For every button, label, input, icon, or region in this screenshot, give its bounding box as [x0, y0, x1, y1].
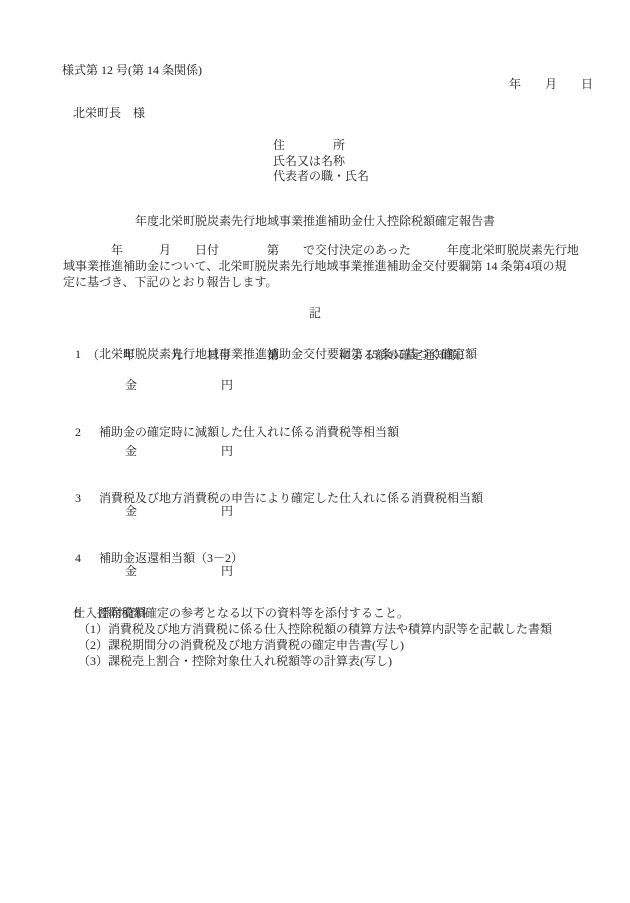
form-number: 様式第 12 号(第 14 条関係) [62, 63, 202, 78]
applicant-address-label: 住 所 [273, 138, 345, 153]
item-3-heading: 消費税及び地方消費税の申告により確定した仕入れに係る消費税相当額 [99, 491, 483, 505]
item-3-amount: 金 円 [125, 504, 233, 519]
record-marker: 記 [0, 306, 630, 321]
item-3-number: 3 [75, 491, 99, 506]
attachment-3: （3）課税売上割合・控除対象仕入れ税額等の計算表(写し) [78, 654, 392, 669]
body-line-1: 年 月 日付 第 で交付決定のあった 年度北栄町脱炭素先行地 [63, 243, 579, 258]
document-title: 年度北栄町脱炭素先行地域事業推進補助金仕入控除税額確定報告書 [0, 214, 630, 229]
applicant-name-label: 氏名又は名称 [273, 154, 345, 169]
item-2-heading: 補助金の確定時に減額した仕入れに係る消費税等相当額 [99, 425, 399, 439]
applicant-representative-label: 代表者の職・氏名 [273, 169, 369, 184]
item-4-number: 4 [75, 551, 99, 566]
body-line-3: 定に基づき、下記のとおり報告します。 [63, 275, 278, 290]
attachment-1: （1）消費税及び地方消費税に係る仕入控除税額の積算方法や積算内訳等を記載した書類 [78, 622, 552, 637]
body-line-2: 域事業推進補助金について、北栄町脱炭素先行地域事業推進補助金交付要綱第 14 条… [63, 259, 567, 274]
item-4-amount: 金 円 [125, 564, 233, 579]
document-page: 様式第 12 号(第 14 条関係) 年 月 日 北栄町長 様 住 所 氏名又は… [0, 0, 630, 903]
attachment-2: （2）課税期間分の消費税及び地方消費税の確定申告書(写し) [78, 638, 404, 653]
item-2-number: 2 [75, 425, 99, 440]
date-line: 年 月 日 [509, 77, 593, 92]
addressee: 北栄町長 様 [73, 106, 145, 121]
item-4-heading: 補助金返還相当額（3－2） [99, 551, 243, 565]
item-1-amount: 金 円 [125, 378, 233, 393]
item-2-amount: 金 円 [125, 444, 233, 459]
item-5-description: 仕入控除税額確定の参考となる以下の資料等を添付すること。 [73, 606, 409, 621]
item-1-note: （ 年 月 日付 第 による額の確定通知額） [87, 348, 471, 363]
